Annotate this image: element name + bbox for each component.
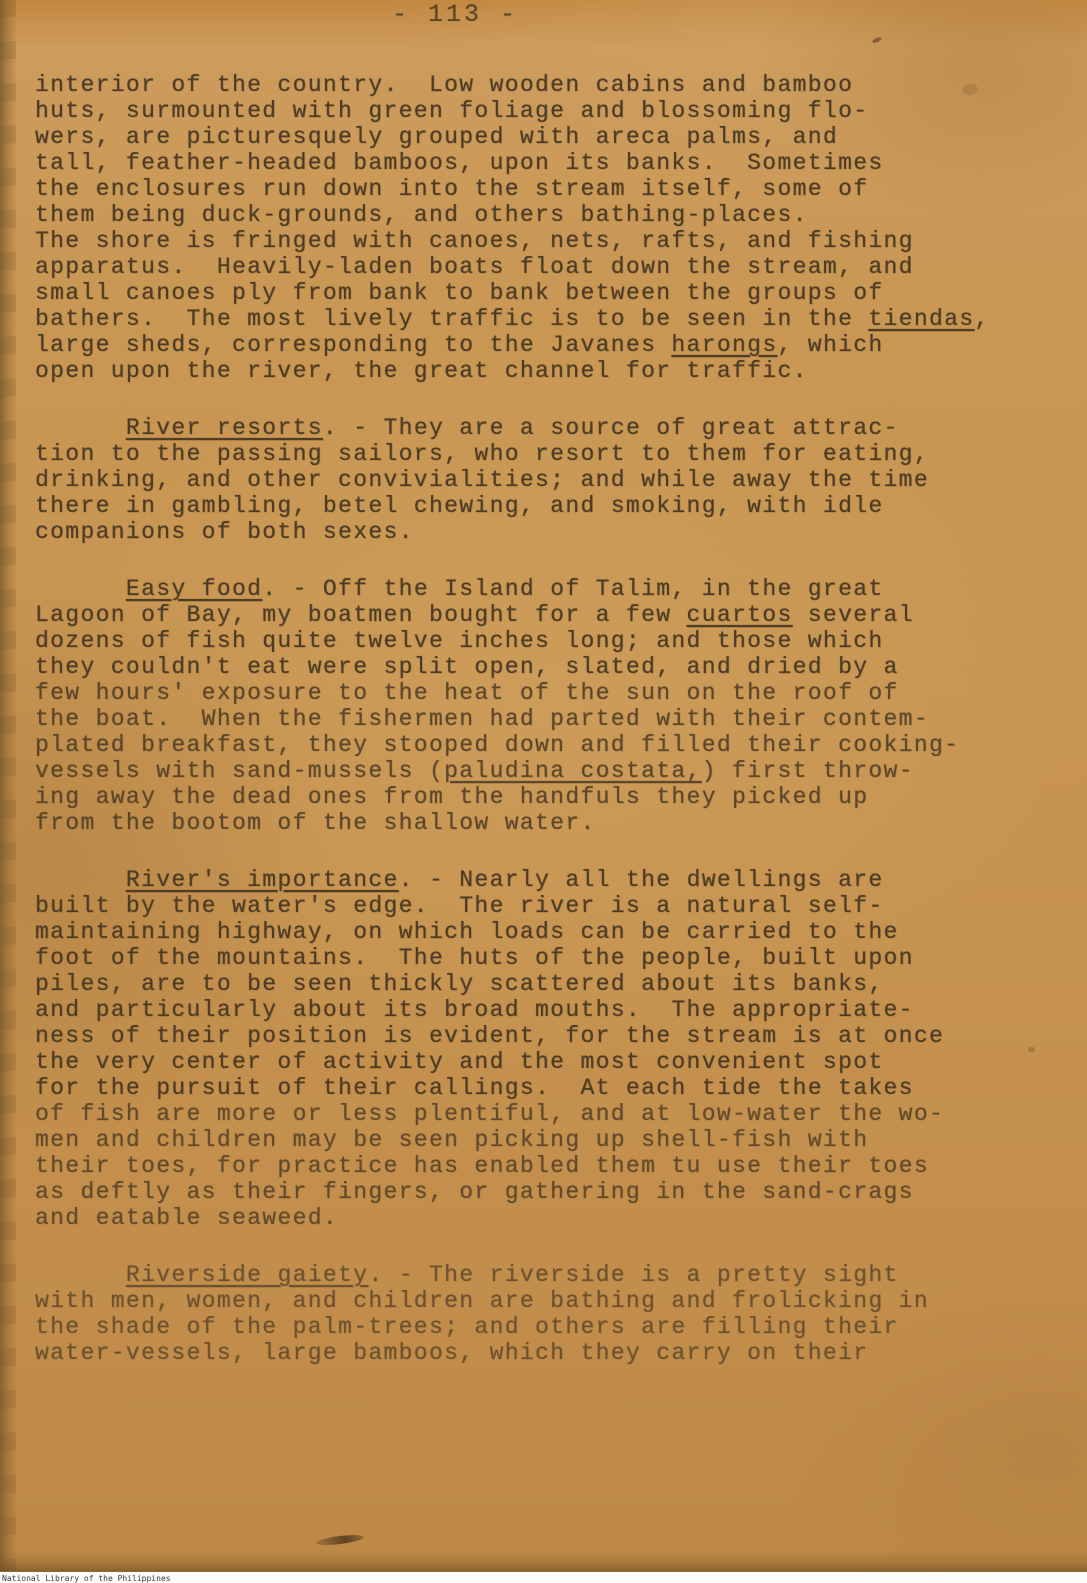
text-line: there in gambling, betel chewing, and sm… xyxy=(35,493,1055,519)
text-line: and eatable seaweed. xyxy=(35,1205,1055,1231)
text-line: the boat. When the fishermen had parted … xyxy=(35,706,1055,732)
paragraph: interior of the country. Low wooden cabi… xyxy=(35,72,1055,384)
text-line: Riverside gaiety. - The riverside is a p… xyxy=(35,1262,1055,1288)
scanned-document: - 113 - interior of the country. Low woo… xyxy=(0,0,1087,1583)
paragraph: River's importance. - Nearly all the dwe… xyxy=(35,867,1055,1231)
text-line: River's importance. - Nearly all the dwe… xyxy=(35,867,1055,893)
text-line: large sheds, corresponding to the Javane… xyxy=(35,332,1055,358)
text-line: from the bootom of the shallow water. xyxy=(35,810,1055,836)
text-line: vessels with sand-mussels (paludina cost… xyxy=(35,758,1055,784)
text-line: ing away the dead ones from the handfuls… xyxy=(35,784,1055,810)
page-number: - 113 - xyxy=(392,0,518,29)
text-line: Lagoon of Bay, my boatmen bought for a f… xyxy=(35,602,1055,628)
library-watermark: National Library of the Philippines xyxy=(2,1574,171,1583)
text-line: dozens of fish quite twelve inches long;… xyxy=(35,628,1055,654)
text-line: wers, are picturesquely grouped with are… xyxy=(35,124,1055,150)
paper-speck xyxy=(872,36,883,44)
text-line: and particularly about its broad mouths.… xyxy=(35,997,1055,1023)
torn-paper-edge xyxy=(0,0,16,1571)
text-line: ness of their position is evident, for t… xyxy=(35,1023,1055,1049)
text-line: maintaining highway, on which loads can … xyxy=(35,919,1055,945)
text-line: apparatus. Heavily-laden boats float dow… xyxy=(35,254,1055,280)
text-line: their toes, for practice has enabled the… xyxy=(35,1153,1055,1179)
text-line: tion to the passing sailors, who resort … xyxy=(35,441,1055,467)
text-line: companions of both sexes. xyxy=(35,519,1055,545)
text-line: them being duck-grounds, and others bath… xyxy=(35,202,1055,228)
text-line: water-vessels, large bamboos, which they… xyxy=(35,1340,1055,1366)
text-line: The shore is fringed with canoes, nets, … xyxy=(35,228,1055,254)
document-page: - 113 - interior of the country. Low woo… xyxy=(0,0,1087,1571)
paragraph: Riverside gaiety. - The riverside is a p… xyxy=(35,1262,1055,1366)
text-line: interior of the country. Low wooden cabi… xyxy=(35,72,1055,98)
text-line: of fish are more or less plentiful, and … xyxy=(35,1101,1055,1127)
text-line: foot of the mountains. The huts of the p… xyxy=(35,945,1055,971)
text-line: open upon the river, the great channel f… xyxy=(35,358,1055,384)
paragraph: Easy food. - Off the Island of Talim, in… xyxy=(35,576,1055,836)
text-line: they couldn't eat were split open, slate… xyxy=(35,654,1055,680)
text-line: huts, surmounted with green foliage and … xyxy=(35,98,1055,124)
paper-stain xyxy=(962,84,978,95)
scan-footer-strip: National Library of the Philippines xyxy=(0,1571,1087,1583)
text-line: tall, feather-headed bamboos, upon its b… xyxy=(35,150,1055,176)
text-line: built by the water's edge. The river is … xyxy=(35,893,1055,919)
text-line: Easy food. - Off the Island of Talim, in… xyxy=(35,576,1055,602)
text-line: the very center of activity and the most… xyxy=(35,1049,1055,1075)
ink-smudge xyxy=(316,1533,365,1547)
text-line: bathers. The most lively traffic is to b… xyxy=(35,306,1055,332)
text-line: small canoes ply from bank to bank betwe… xyxy=(35,280,1055,306)
text-line: River resorts. - They are a source of gr… xyxy=(35,415,1055,441)
paragraph: River resorts. - They are a source of gr… xyxy=(35,415,1055,545)
text-line: few hours' exposure to the heat of the s… xyxy=(35,680,1055,706)
text-line: drinking, and other convivialities; and … xyxy=(35,467,1055,493)
text-line: for the pursuit of their callings. At ea… xyxy=(35,1075,1055,1101)
text-line: piles, are to be seen thickly scattered … xyxy=(35,971,1055,997)
text-line: the shade of the palm-trees; and others … xyxy=(35,1314,1055,1340)
text-line: the enclosures run down into the stream … xyxy=(35,176,1055,202)
text-line: as deftly as their fingers, or gathering… xyxy=(35,1179,1055,1205)
paper-edge-shadow xyxy=(0,1550,1087,1571)
text-line: with men, women, and children are bathin… xyxy=(35,1288,1055,1314)
text-line: men and children may be seen picking up … xyxy=(35,1127,1055,1153)
paper-speck xyxy=(1028,1047,1035,1052)
text-line: plated breakfast, they stooped down and … xyxy=(35,732,1055,758)
document-text: interior of the country. Low wooden cabi… xyxy=(35,72,1055,1366)
